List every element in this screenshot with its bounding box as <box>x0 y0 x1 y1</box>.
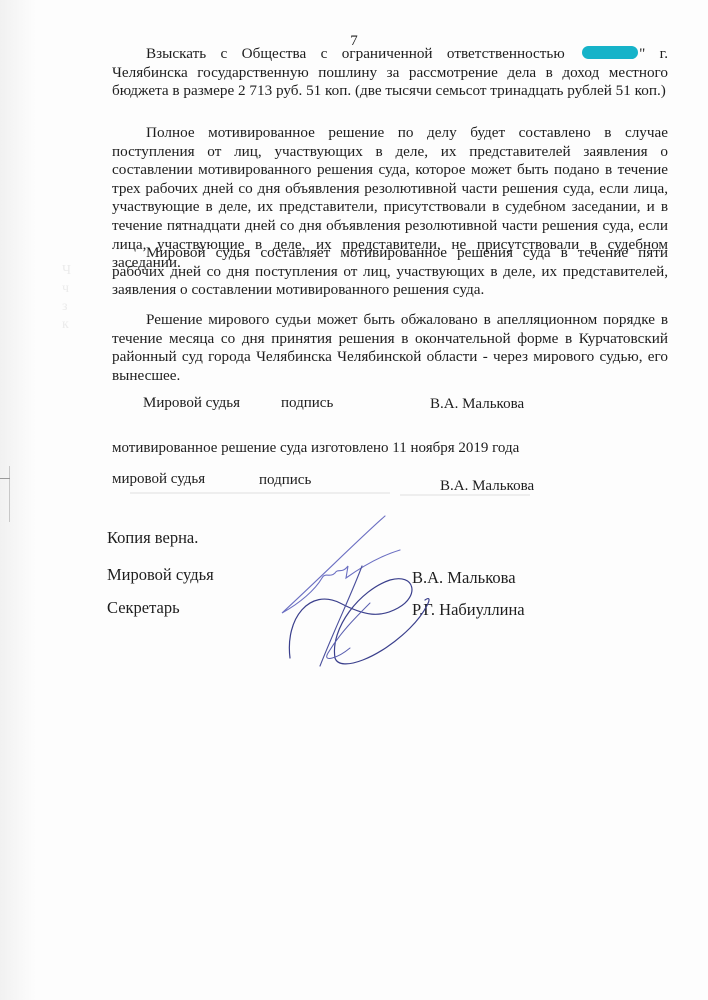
bleed-through-text: Ччзк <box>62 262 71 334</box>
paragraph-appeal: Решение мирового судьи может быть обжало… <box>112 311 668 385</box>
scan-edge-mark <box>0 478 10 479</box>
cert-secretary-role: Секретарь <box>107 598 180 618</box>
signature-placeholder-2: подпись <box>259 472 311 489</box>
paragraph-text: Взыскать с Общества с ограниченной ответ… <box>146 45 579 62</box>
redaction-mark <box>582 46 638 59</box>
paragraph-state-fee: Взыскать с Общества с ограниченной ответ… <box>112 45 668 101</box>
signature-role-judge: Мировой судья <box>143 395 240 412</box>
signature-name-judge: В.А. Малькова <box>430 396 524 413</box>
cert-judge-role: Мировой судья <box>107 565 214 585</box>
paragraph-judge-composes: Мировой судья составляет мотивированное … <box>112 244 668 300</box>
prepared-date-note: мотивированное решение суда изготовлено … <box>112 440 519 457</box>
copy-true-label: Копия верна. <box>107 528 198 548</box>
handwritten-signature-icon <box>280 508 440 668</box>
document-page: Ччзк 7 Взыскать с Общества с ограниченно… <box>0 0 708 1000</box>
bleed-through-line <box>130 492 390 494</box>
scan-edge-line <box>9 466 10 522</box>
signature-name-judge-2: В.А. Малькова <box>440 478 534 495</box>
page-edge-shadow <box>0 0 36 1000</box>
signature-placeholder: подпись <box>281 395 333 412</box>
signature-role-judge-2: мировой судья <box>112 471 205 488</box>
